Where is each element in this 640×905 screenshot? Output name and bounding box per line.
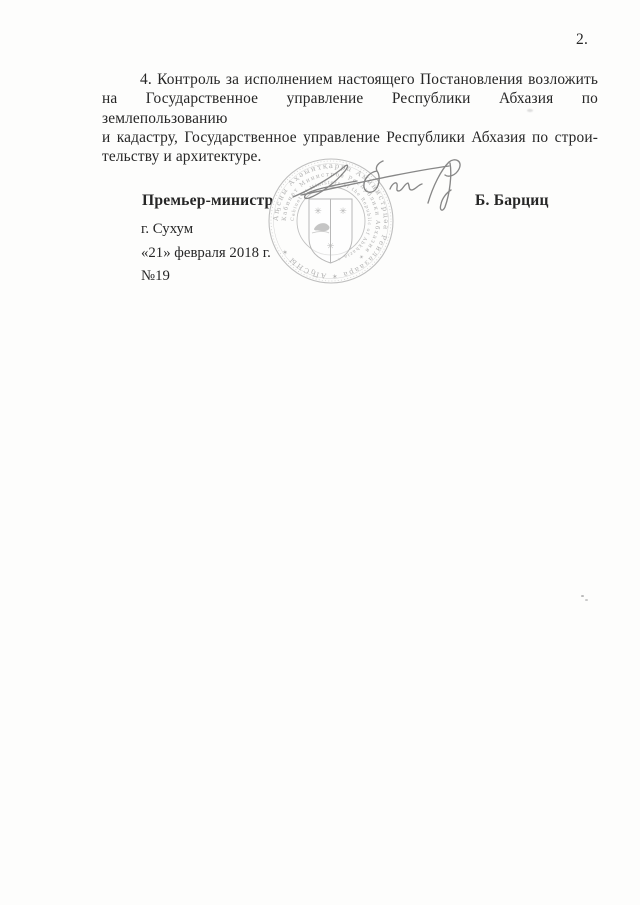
seal-star-icons: ✳ ✳ ✳ xyxy=(314,207,347,252)
signature-city: г. Сухум xyxy=(141,221,193,238)
svg-text:✳: ✳ xyxy=(339,207,347,217)
scan-artifact xyxy=(585,599,588,601)
svg-text:Аҧсны Аҳәынҭқарра Аминистрцәа: Аҧсны Аҳәынҭқарра Аминистрцәа Реилазаара… xyxy=(272,162,390,280)
page-number: 2. xyxy=(576,31,588,49)
seal-shield-icon xyxy=(309,199,352,263)
paragraph-line: и кадастру, Государственное управление Р… xyxy=(102,128,598,147)
seal-outer-ring-text: Аҧсны Аҳәынҭқарра Аминистрцәа Реилазаара… xyxy=(272,162,390,280)
official-seal-icon: Аҧсны Аҳәынҭқарра Аминистрцәа Реилазаара… xyxy=(269,159,393,283)
scan-artifact xyxy=(581,595,584,597)
seal-inner-ring-text: Cabinet of Ministers of the Republic of … xyxy=(290,180,372,262)
svg-text:Кабинет Министров Республики А: Кабинет Министров Республики Абхазия ✶ xyxy=(282,172,381,262)
document-number: №19 xyxy=(141,268,170,285)
signer-name: Б. Барциц xyxy=(475,192,549,210)
scan-artifact xyxy=(527,109,533,112)
seal-middle-ring-text: Кабинет Министров Республики Абхазия ✶ xyxy=(282,172,381,262)
signature-date: «21» февраля 2018 г. xyxy=(141,245,271,262)
svg-text:Cabinet of Ministers of the Re: Cabinet of Ministers of the Republic of … xyxy=(290,180,372,262)
signature-stroke-icon xyxy=(293,160,460,210)
paragraph-line: на Государственное управление Республики… xyxy=(102,89,598,128)
signer-title: Премьер-министр xyxy=(142,192,273,210)
paragraph-line: 4. Контроль за исполнением настоящего По… xyxy=(102,70,598,89)
body-paragraph: 4. Контроль за исполнением настоящего По… xyxy=(102,70,598,166)
document-page: 2. 4. Контроль за исполнением настоящего… xyxy=(0,0,640,905)
svg-text:✳: ✳ xyxy=(327,242,335,252)
paragraph-line: тельству и архитектуре. xyxy=(102,147,598,166)
svg-text:✳: ✳ xyxy=(314,207,322,217)
